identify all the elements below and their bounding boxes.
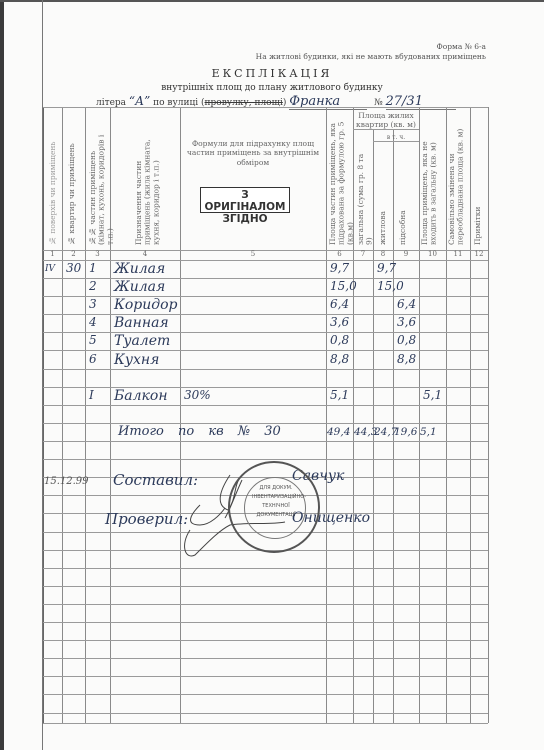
signature-date: 15.12.99: [44, 476, 89, 487]
column-number-11: 11: [446, 250, 470, 258]
header-col-2: № квартир чи приміщень: [68, 127, 77, 245]
column-number-7: 7: [353, 250, 373, 258]
certified-copy-stamp: З ОРИГІНАЛОМ ЗГІДНО: [200, 187, 290, 213]
cell-col-3: 5: [89, 333, 97, 347]
cell-col-4: Ванная: [114, 315, 169, 331]
cell-col-6: 0,8: [330, 333, 349, 347]
header-col-5: Формули для підрахунку площ частин примі…: [185, 139, 321, 167]
grid-line: [43, 694, 488, 695]
grid-line: [43, 604, 488, 605]
cell-col-3: 1: [89, 261, 97, 275]
grid-line: [43, 314, 488, 315]
grid-line: [43, 459, 488, 460]
cell-col-9: 3,6: [397, 315, 416, 329]
cell-col-4: Кухня: [114, 352, 159, 368]
cell-col-3: 6: [89, 352, 97, 366]
column-number-9: 9: [393, 250, 419, 258]
grid-line: [43, 278, 488, 279]
cell-col-3: 4: [89, 315, 97, 329]
header-col-4: Призначення частин приміщень (жила кімна…: [135, 127, 165, 245]
form-note: На житлові будинки, які не мають вбудова…: [256, 52, 486, 61]
header-col-3: №№ частин приміщень (кімнат, кухонь, кор…: [89, 127, 109, 245]
total-c6: 49,4: [327, 426, 350, 438]
grid-line: [470, 107, 471, 723]
column-number-2: 2: [62, 250, 85, 258]
grid-line: [43, 658, 488, 659]
stamp-line-2: ЗГІДНО: [201, 213, 289, 225]
page-subtitle: внутрішніх площ до плану житлового будин…: [0, 83, 544, 93]
total-label: Итого по кв № 30: [118, 424, 281, 439]
cell-col-6: 8,8: [330, 352, 349, 366]
cell-col-5: 30%: [184, 388, 211, 402]
column-number-3: 3: [85, 250, 110, 258]
grid-line: [85, 107, 86, 723]
cell-col-8: 15,0: [377, 279, 404, 293]
cell-col-3: I: [89, 388, 94, 402]
grid-line: [62, 107, 63, 723]
column-number-6: 6: [326, 250, 353, 258]
grid-line: [43, 332, 488, 333]
cell-col-1: IV: [45, 264, 55, 274]
scan-top-edge: [0, 0, 544, 2]
grid-line: [180, 107, 181, 723]
stamp-line-1: З ОРИГІНАЛОМ: [201, 189, 289, 213]
column-number-5: 5: [180, 250, 326, 258]
total-c10: 5,1: [420, 426, 437, 438]
cell-col-9: 0,8: [397, 333, 416, 347]
column-number-12: 12: [470, 250, 488, 258]
header-col-9: підсобна: [399, 152, 408, 245]
header-col-6: Площа частин приміщень, яка підрахована …: [329, 117, 351, 245]
grid-line: [43, 387, 488, 388]
grid-line: [488, 107, 489, 723]
header-col-10: Площа приміщень, яка не входить в загаль…: [421, 117, 441, 245]
cell-col-8: 9,7: [377, 261, 396, 275]
grid-line: [110, 107, 111, 723]
cell-col-4: Жилая: [114, 261, 165, 277]
column-number-1: 1: [43, 250, 62, 258]
cell-col-10: 5,1: [423, 388, 442, 402]
scan-edge: [0, 0, 4, 750]
seal-text-1: ДЛЯ ДОКУМ.: [252, 485, 300, 492]
grid-line: [43, 586, 488, 587]
grid-line: [43, 723, 488, 724]
grid-line: [43, 296, 488, 297]
grid-line: [43, 622, 488, 623]
cell-col-6: 6,4: [330, 297, 349, 311]
grid-line: [43, 676, 488, 677]
grid-line: [43, 568, 488, 569]
grid-line: [43, 350, 488, 351]
grid-line: [43, 107, 488, 108]
page-title: ЕКСПЛІКАЦІЯ: [0, 67, 544, 80]
cell-col-3: 3: [89, 297, 97, 311]
column-number-8: 8: [373, 250, 393, 258]
form-number: Форма № 6-а: [437, 42, 487, 51]
header-col-12: Примітки: [474, 117, 483, 245]
cell-col-2: 30: [66, 261, 81, 275]
seal-text-3: ТЕХНІЧНОЇ: [252, 503, 300, 510]
grid-line: [353, 107, 354, 723]
total-c9: 19,6: [394, 426, 417, 438]
grid-line: [43, 713, 488, 714]
litera-value: “А”: [129, 94, 150, 108]
cell-col-9: 8,8: [397, 352, 416, 366]
cell-col-6: 15,0: [330, 279, 357, 293]
cell-col-6: 5,1: [330, 388, 349, 402]
seal-text-4: ДОКУМЕНТАЦІЇ: [252, 512, 300, 519]
grid-line: [43, 640, 488, 641]
group-header-living-area: Площа жилих квартир (кв. м): [354, 111, 418, 130]
seal-text-2: ІНВЕНТАРИЗАЦІЙНО-: [252, 494, 300, 501]
column-number-4: 4: [110, 250, 180, 258]
header-col-7: загальна (сума гр. 8 та 9): [357, 152, 374, 245]
cell-col-4: Коридор: [114, 297, 178, 313]
cell-col-3: 2: [89, 279, 97, 293]
grid-line: [43, 369, 488, 370]
cell-col-9: 6,4: [397, 297, 416, 311]
header-col-8: житлова: [379, 152, 388, 245]
cell-col-4: Туалет: [114, 333, 170, 349]
cell-col-4: Жилая: [114, 279, 165, 295]
grid-line: [43, 260, 488, 261]
official-round-seal: ДЛЯ ДОКУМ. ІНВЕНТАРИЗАЦІЙНО- ТЕХНІЧНОЇ Д…: [228, 461, 320, 553]
grid-line: [326, 107, 327, 723]
header-col-1: № поверхів чи приміщень: [49, 127, 58, 245]
column-number-10: 10: [419, 250, 446, 258]
cell-col-6: 3,6: [330, 315, 349, 329]
cell-col-6: 9,7: [330, 261, 349, 275]
cell-col-4: Балкон: [114, 388, 168, 404]
group-subheader: в т. ч.: [374, 134, 418, 142]
grid-line: [43, 441, 488, 442]
grid-line: [43, 405, 488, 406]
header-col-11: Самовільно змінена чи переобладнана площ…: [448, 117, 468, 245]
grid-line: [43, 107, 44, 723]
